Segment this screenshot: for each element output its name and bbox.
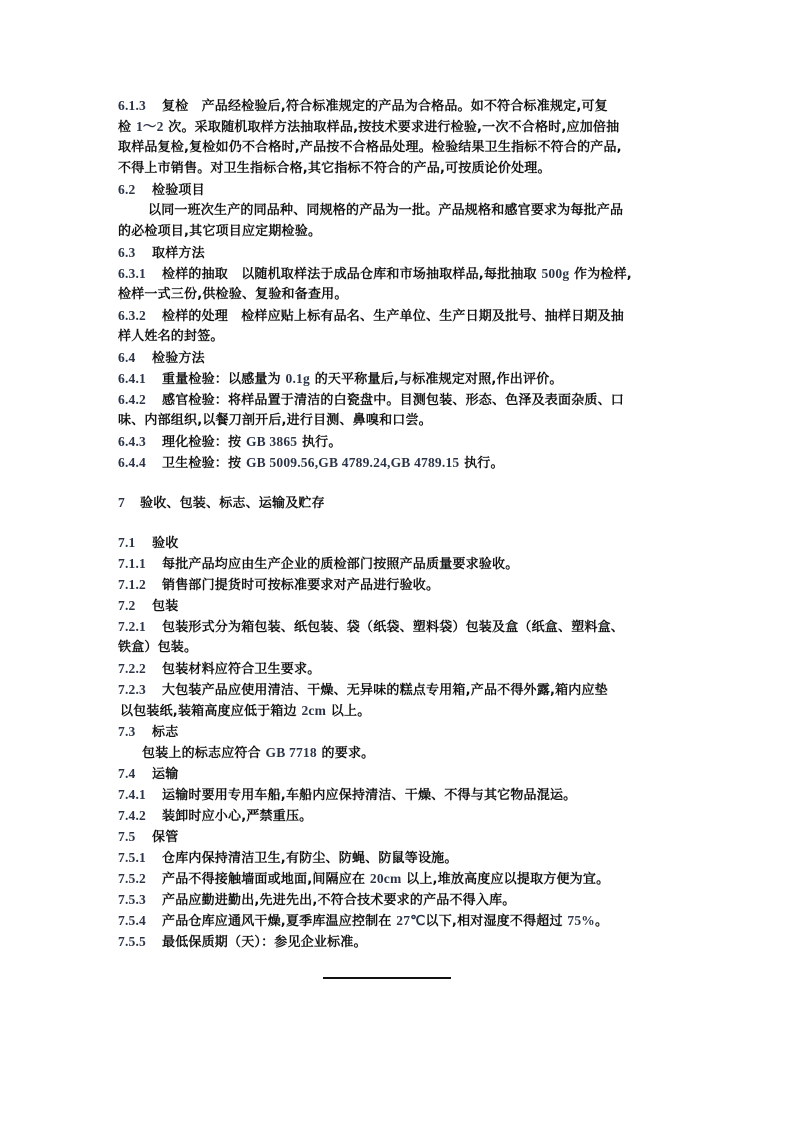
section-title: 标志 bbox=[152, 725, 178, 740]
clause-6-3-2: 6.3.2检样的处理 检样应贴上标有品名、生产单位、生产日期及批号、抽样日期及抽 bbox=[118, 305, 678, 326]
text-fragment: 运输时要用专用车船,车船内应保持清洁、干燥、不得与其它物品混运。 bbox=[162, 788, 576, 803]
clause-7-2-3: 7.2.3大包装产品应使用清洁、干燥、无异味的糕点专用箱,产品不得外露,箱内应垫 bbox=[118, 679, 678, 700]
clause-6-4-3: 6.4.3理化检验：按 GB 3865 执行。 bbox=[118, 431, 678, 452]
text-fragment: 产品仓库应通风干燥,夏季库温应控制在 bbox=[162, 914, 396, 929]
chapter-number: 7 bbox=[118, 492, 140, 513]
number-value: GB 3865 bbox=[246, 434, 297, 449]
clause-7-2-2: 7.2.2包装材料应符合卫生要求。 bbox=[118, 658, 678, 679]
number-value: 1～2 bbox=[136, 119, 164, 134]
section-number: 6.4 bbox=[118, 347, 152, 368]
paragraph-line: 检样一式三份,供检验、复验和备查用。 bbox=[118, 284, 678, 305]
text-fragment: 执行。 bbox=[459, 456, 503, 471]
section-number: 6.2 bbox=[118, 179, 152, 200]
clause-number: 6.4.3 bbox=[118, 431, 162, 452]
clause-number: 6.4.4 bbox=[118, 452, 162, 473]
number-value: 0.1g bbox=[286, 371, 310, 386]
text-fragment: 以上。 bbox=[326, 704, 370, 719]
section-number: 6.3 bbox=[118, 242, 152, 263]
section-title: 检验项目 bbox=[152, 183, 205, 198]
text-fragment: 不得上市销售。对卫生指标合格,其它指标不符合的产品,可按质论价处理。 bbox=[118, 161, 551, 176]
text-fragment: 重量检验：以感量为 bbox=[162, 372, 286, 387]
chapter-title: 验收、包装、标志、运输及贮存 bbox=[140, 496, 325, 511]
section-number: 7.2 bbox=[118, 595, 152, 616]
end-of-document-rule bbox=[323, 977, 451, 979]
section-heading-7-3: 7.3标志 bbox=[118, 721, 678, 742]
clause-number: 7.5.5 bbox=[118, 931, 162, 952]
number-value: GB 7718 bbox=[266, 745, 317, 760]
clause-number: 6.4.1 bbox=[118, 368, 162, 389]
text-fragment: 的必检项目,其它项目应定期检验。 bbox=[118, 224, 321, 239]
section-title: 运输 bbox=[152, 767, 178, 782]
document-page: 6.1.3复检 产品经检验后,符合标准规定的产品为合格品。如不符合标准规定,可复… bbox=[0, 0, 793, 1122]
clause-number: 7.2.1 bbox=[118, 616, 162, 637]
text-fragment: 铁盒）包装。 bbox=[118, 640, 197, 655]
section-title: 验收 bbox=[152, 536, 178, 551]
text-fragment: 。 bbox=[595, 914, 608, 929]
text-fragment: 卫生检验：按 bbox=[162, 456, 246, 471]
number-value: GB 5009.56,GB 4789.24,GB 4789.15 bbox=[246, 455, 459, 470]
clause-number: 7.5.4 bbox=[118, 910, 162, 931]
number-value: 27℃ bbox=[396, 913, 425, 928]
section-heading-7-2: 7.2包装 bbox=[118, 595, 678, 616]
text-fragment: 样人姓名的封签。 bbox=[118, 329, 224, 344]
section-heading-7-4: 7.4运输 bbox=[118, 763, 678, 784]
text-fragment: 产品不得接触墙面或地面,间隔应在 bbox=[162, 872, 370, 887]
text-fragment: 包装材料应符合卫生要求。 bbox=[162, 662, 320, 677]
text-fragment: 次。采取随机取样方法抽取样品,按技术要求进行检验,一次不合格时,应加倍抽 bbox=[164, 120, 620, 135]
section-heading-7-1: 7.1验收 bbox=[118, 532, 678, 553]
clause-6-4-1: 6.4.1重量检验：以感量为 0.1g 的天平称量后,与标准规定对照,作出评价。 bbox=[118, 368, 678, 389]
section-number: 7.5 bbox=[118, 826, 152, 847]
chapter-heading-7: 7验收、包装、标志、运输及贮存 bbox=[118, 492, 678, 513]
section-number: 7.3 bbox=[118, 721, 152, 742]
paragraph-line: 铁盒）包装。 bbox=[118, 637, 678, 658]
text-fragment: 的天平称量后,与标准规定对照,作出评价。 bbox=[310, 372, 563, 387]
clause-6-3-1: 6.3.1检样的抽取 以随机取样法于成品仓库和市场抽取样品,每批抽取 500g … bbox=[118, 263, 678, 284]
clause-6-4-4: 6.4.4卫生检验：按 GB 5009.56,GB 4789.24,GB 478… bbox=[118, 452, 678, 473]
section-number: 7.1 bbox=[118, 532, 152, 553]
section-heading-6-4: 6.4检验方法 bbox=[118, 347, 678, 368]
section-title: 保管 bbox=[152, 830, 178, 845]
section-title: 检验方法 bbox=[152, 351, 205, 366]
text-fragment: 每批产品均应由生产企业的质检部门按照产品质量要求验收。 bbox=[162, 557, 518, 572]
text-fragment: 包装形式分为箱包装、纸包装、袋（纸袋、塑料袋）包装及盒（纸盒、塑料盒、 bbox=[162, 620, 624, 635]
clause-number: 7.5.1 bbox=[118, 847, 162, 868]
clause-number: 6.1.3 bbox=[118, 95, 162, 116]
clause-number: 7.1.2 bbox=[118, 574, 162, 595]
paragraph-line: 味、内部组织,以餐刀剖开后,进行目测、鼻嗅和口尝。 bbox=[118, 410, 678, 431]
section-title: 取样方法 bbox=[152, 246, 205, 261]
paragraph-line: 检 1～2 次。采取随机取样方法抽取样品,按技术要求进行检验,一次不合格时,应加… bbox=[118, 116, 678, 137]
text-fragment: 销售部门提货时可按标准要求对产品进行验收。 bbox=[162, 578, 439, 593]
text-fragment: 检样的处理 检样应贴上标有品名、生产单位、生产日期及批号、抽样日期及抽 bbox=[162, 309, 624, 324]
paragraph-line: 不得上市销售。对卫生指标合格,其它指标不符合的产品,可按质论价处理。 bbox=[118, 158, 678, 179]
text-fragment: 的要求。 bbox=[317, 746, 375, 761]
text-fragment: 以包装纸,装箱高度应低于箱边 bbox=[120, 704, 301, 719]
clause-7-5-3: 7.5.3产品应勤进勤出,先进先出,不符合技术要求的产品不得入库。 bbox=[118, 889, 678, 910]
section-title: 包装 bbox=[152, 599, 178, 614]
clause-7-2-1: 7.2.1包装形式分为箱包装、纸包装、袋（纸袋、塑料袋）包装及盒（纸盒、塑料盒、 bbox=[118, 616, 678, 637]
section-heading-6-2: 6.2检验项目 bbox=[118, 179, 678, 200]
text-fragment: 大包装产品应使用清洁、干燥、无异味的糕点专用箱,产品不得外露,箱内应垫 bbox=[162, 683, 608, 698]
number-value: 2cm bbox=[301, 703, 326, 718]
clause-number: 6.3.2 bbox=[118, 305, 162, 326]
text-fragment: 感官检验：将样品置于清洁的白瓷盘中。目测包装、形态、色泽及表面杂质、口 bbox=[162, 393, 624, 408]
number-value: 20cm bbox=[370, 871, 402, 886]
clause-7-5-4: 7.5.4产品仓库应通风干燥,夏季库温应控制在 27℃以下,相对湿度不得超过 7… bbox=[118, 910, 678, 931]
text-fragment: 装卸时应小心,严禁重压。 bbox=[162, 809, 312, 824]
clause-number: 7.4.2 bbox=[118, 805, 162, 826]
paragraph-line: 样人姓名的封签。 bbox=[118, 326, 678, 347]
paragraph-line: 以包装纸,装箱高度应低于箱边 2cm 以上。 bbox=[120, 700, 680, 721]
section-heading-6-3: 6.3取样方法 bbox=[118, 242, 678, 263]
text-fragment: 包装上的标志应符合 bbox=[142, 746, 266, 761]
text-fragment: 味、内部组织,以餐刀剖开后,进行目测、鼻嗅和口尝。 bbox=[118, 413, 432, 428]
text-fragment: 执行。 bbox=[297, 435, 341, 450]
number-value: 75% bbox=[567, 913, 595, 928]
text-fragment: 以同一班次生产的同品种、同规格的产品为一批。产品规格和感官要求为每批产品 bbox=[148, 203, 623, 218]
paragraph-line: 取样品复检,复检如仍不合格时,产品按不合格品处理。检验结果卫生指标不符合的产品, bbox=[118, 137, 678, 158]
paragraph-line: 的必检项目,其它项目应定期检验。 bbox=[118, 221, 678, 242]
text-fragment: 理化检验：按 bbox=[162, 435, 246, 450]
text-fragment: 以下,相对湿度不得超过 bbox=[426, 914, 568, 929]
clause-6-1-3: 6.1.3复检 产品经检验后,符合标准规定的产品为合格品。如不符合标准规定,可复 bbox=[118, 95, 678, 116]
clause-6-4-2: 6.4.2感官检验：将样品置于清洁的白瓷盘中。目测包装、形态、色泽及表面杂质、口 bbox=[118, 389, 678, 410]
clause-7-5-1: 7.5.1仓库内保持清洁卫生,有防尘、防蝇、防鼠等设施。 bbox=[118, 847, 678, 868]
text-fragment: 检样一式三份,供检验、复验和备查用。 bbox=[118, 287, 348, 302]
text-fragment: 检样的抽取 以随机取样法于成品仓库和市场抽取样品,每批抽取 bbox=[162, 267, 541, 282]
clause-text: 复检 产品经检验后,符合标准规定的产品为合格品。如不符合标准规定,可复 bbox=[162, 99, 608, 114]
clause-number: 7.2.2 bbox=[118, 658, 162, 679]
clause-number: 7.5.3 bbox=[118, 889, 162, 910]
clause-number: 7.5.2 bbox=[118, 868, 162, 889]
clause-7-5-2: 7.5.2产品不得接触墙面或地面,间隔应在 20cm 以上,堆放高度应以提取方便… bbox=[118, 868, 678, 889]
clause-7-4-2: 7.4.2装卸时应小心,严禁重压。 bbox=[118, 805, 678, 826]
clause-number: 6.4.2 bbox=[118, 389, 162, 410]
clause-7-1-1: 7.1.1每批产品均应由生产企业的质检部门按照产品质量要求验收。 bbox=[118, 553, 678, 574]
clause-7-5-5: 7.5.5最低保质期（天）：参见企业标准。 bbox=[118, 931, 678, 952]
text-fragment: 仓库内保持清洁卫生,有防尘、防蝇、防鼠等设施。 bbox=[162, 851, 458, 866]
paragraph-line: 包装上的标志应符合 GB 7718 的要求。 bbox=[142, 742, 702, 763]
clause-number: 7.1.1 bbox=[118, 553, 162, 574]
clause-7-4-1: 7.4.1运输时要用专用车船,车船内应保持清洁、干燥、不得与其它物品混运。 bbox=[118, 784, 678, 805]
paragraph-line: 以同一班次生产的同品种、同规格的产品为一批。产品规格和感官要求为每批产品 bbox=[148, 200, 708, 221]
text-fragment: 最低保质期（天）：参见企业标准。 bbox=[162, 935, 367, 950]
clause-number: 6.3.1 bbox=[118, 263, 162, 284]
clause-7-1-2: 7.1.2销售部门提货时可按标准要求对产品进行验收。 bbox=[118, 574, 678, 595]
text-fragment: 检 bbox=[118, 120, 136, 135]
section-number: 7.4 bbox=[118, 763, 152, 784]
clause-number: 7.2.3 bbox=[118, 679, 162, 700]
text-fragment: 取样品复检,复检如仍不合格时,产品按不合格品处理。检验结果卫生指标不符合的产品, bbox=[118, 140, 622, 155]
number-value: 500g bbox=[541, 266, 569, 281]
text-fragment: 以上,堆放高度应以提取方便为宜。 bbox=[401, 872, 609, 887]
text-fragment: 作为检样, bbox=[569, 267, 632, 282]
clause-number: 7.4.1 bbox=[118, 784, 162, 805]
text-fragment: 产品应勤进勤出,先进先出,不符合技术要求的产品不得入库。 bbox=[162, 893, 515, 908]
section-heading-7-5: 7.5保管 bbox=[118, 826, 678, 847]
